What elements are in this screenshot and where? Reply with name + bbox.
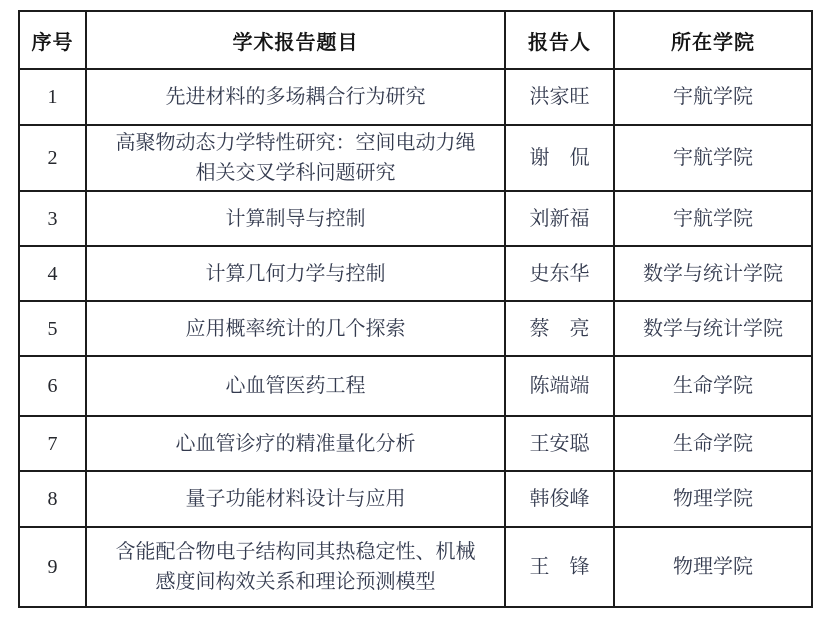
cell-title: 心血管医药工程 xyxy=(86,356,505,416)
table-row: 9 含能配合物电子结构同其热稳定性、机械 感度间构效关系和理论预测模型 王 锋 … xyxy=(19,527,812,607)
cell-college: 宇航学院 xyxy=(614,191,812,246)
cell-title: 量子功能材料设计与应用 xyxy=(86,471,505,527)
cell-no: 9 xyxy=(19,527,86,607)
cell-speaker: 洪家旺 xyxy=(505,69,614,125)
cell-speaker: 陈端端 xyxy=(505,356,614,416)
table-row: 4 计算几何力学与控制 史东华 数学与统计学院 xyxy=(19,246,812,301)
cell-no: 1 xyxy=(19,69,86,125)
cell-title: 含能配合物电子结构同其热稳定性、机械 感度间构效关系和理论预测模型 xyxy=(86,527,505,607)
cell-college: 物理学院 xyxy=(614,527,812,607)
cell-college: 生命学院 xyxy=(614,356,812,416)
cell-title: 高聚物动态力学特性研究：空间电动力绳 相关交叉学科问题研究 xyxy=(86,125,505,191)
header-cell-title: 学术报告题目 xyxy=(86,11,505,69)
header-cell-college: 所在学院 xyxy=(614,11,812,69)
table-row: 1 先进材料的多场耦合行为研究 洪家旺 宇航学院 xyxy=(19,69,812,125)
cell-no: 8 xyxy=(19,471,86,527)
table-header-row: 序号 学术报告题目 报告人 所在学院 xyxy=(19,11,812,69)
table-row: 8 量子功能材料设计与应用 韩俊峰 物理学院 xyxy=(19,471,812,527)
cell-no: 7 xyxy=(19,416,86,471)
cell-college: 宇航学院 xyxy=(614,69,812,125)
cell-speaker: 谢 侃 xyxy=(505,125,614,191)
cell-title: 心血管诊疗的精准量化分析 xyxy=(86,416,505,471)
cell-speaker: 王 锋 xyxy=(505,527,614,607)
cell-college: 生命学院 xyxy=(614,416,812,471)
cell-no: 5 xyxy=(19,301,86,356)
cell-college: 数学与统计学院 xyxy=(614,301,812,356)
header-cell-speaker: 报告人 xyxy=(505,11,614,69)
cell-college: 物理学院 xyxy=(614,471,812,527)
table-row: 7 心血管诊疗的精准量化分析 王安聪 生命学院 xyxy=(19,416,812,471)
cell-college: 数学与统计学院 xyxy=(614,246,812,301)
cell-title: 计算制导与控制 xyxy=(86,191,505,246)
header-cell-no: 序号 xyxy=(19,11,86,69)
table-row: 2 高聚物动态力学特性研究：空间电动力绳 相关交叉学科问题研究 谢 侃 宇航学院 xyxy=(19,125,812,191)
cell-no: 2 xyxy=(19,125,86,191)
cell-speaker: 王安聪 xyxy=(505,416,614,471)
cell-no: 4 xyxy=(19,246,86,301)
academic-report-table: 序号 学术报告题目 报告人 所在学院 1 先进材料的多场耦合行为研究 洪家旺 宇… xyxy=(18,10,813,608)
table-row: 3 计算制导与控制 刘新福 宇航学院 xyxy=(19,191,812,246)
cell-title: 计算几何力学与控制 xyxy=(86,246,505,301)
cell-title: 先进材料的多场耦合行为研究 xyxy=(86,69,505,125)
cell-speaker: 蔡 亮 xyxy=(505,301,614,356)
cell-no: 6 xyxy=(19,356,86,416)
cell-no: 3 xyxy=(19,191,86,246)
cell-speaker: 韩俊峰 xyxy=(505,471,614,527)
cell-speaker: 刘新福 xyxy=(505,191,614,246)
cell-speaker: 史东华 xyxy=(505,246,614,301)
table-row: 5 应用概率统计的几个探索 蔡 亮 数学与统计学院 xyxy=(19,301,812,356)
table-row: 6 心血管医药工程 陈端端 生命学院 xyxy=(19,356,812,416)
cell-title: 应用概率统计的几个探索 xyxy=(86,301,505,356)
cell-college: 宇航学院 xyxy=(614,125,812,191)
